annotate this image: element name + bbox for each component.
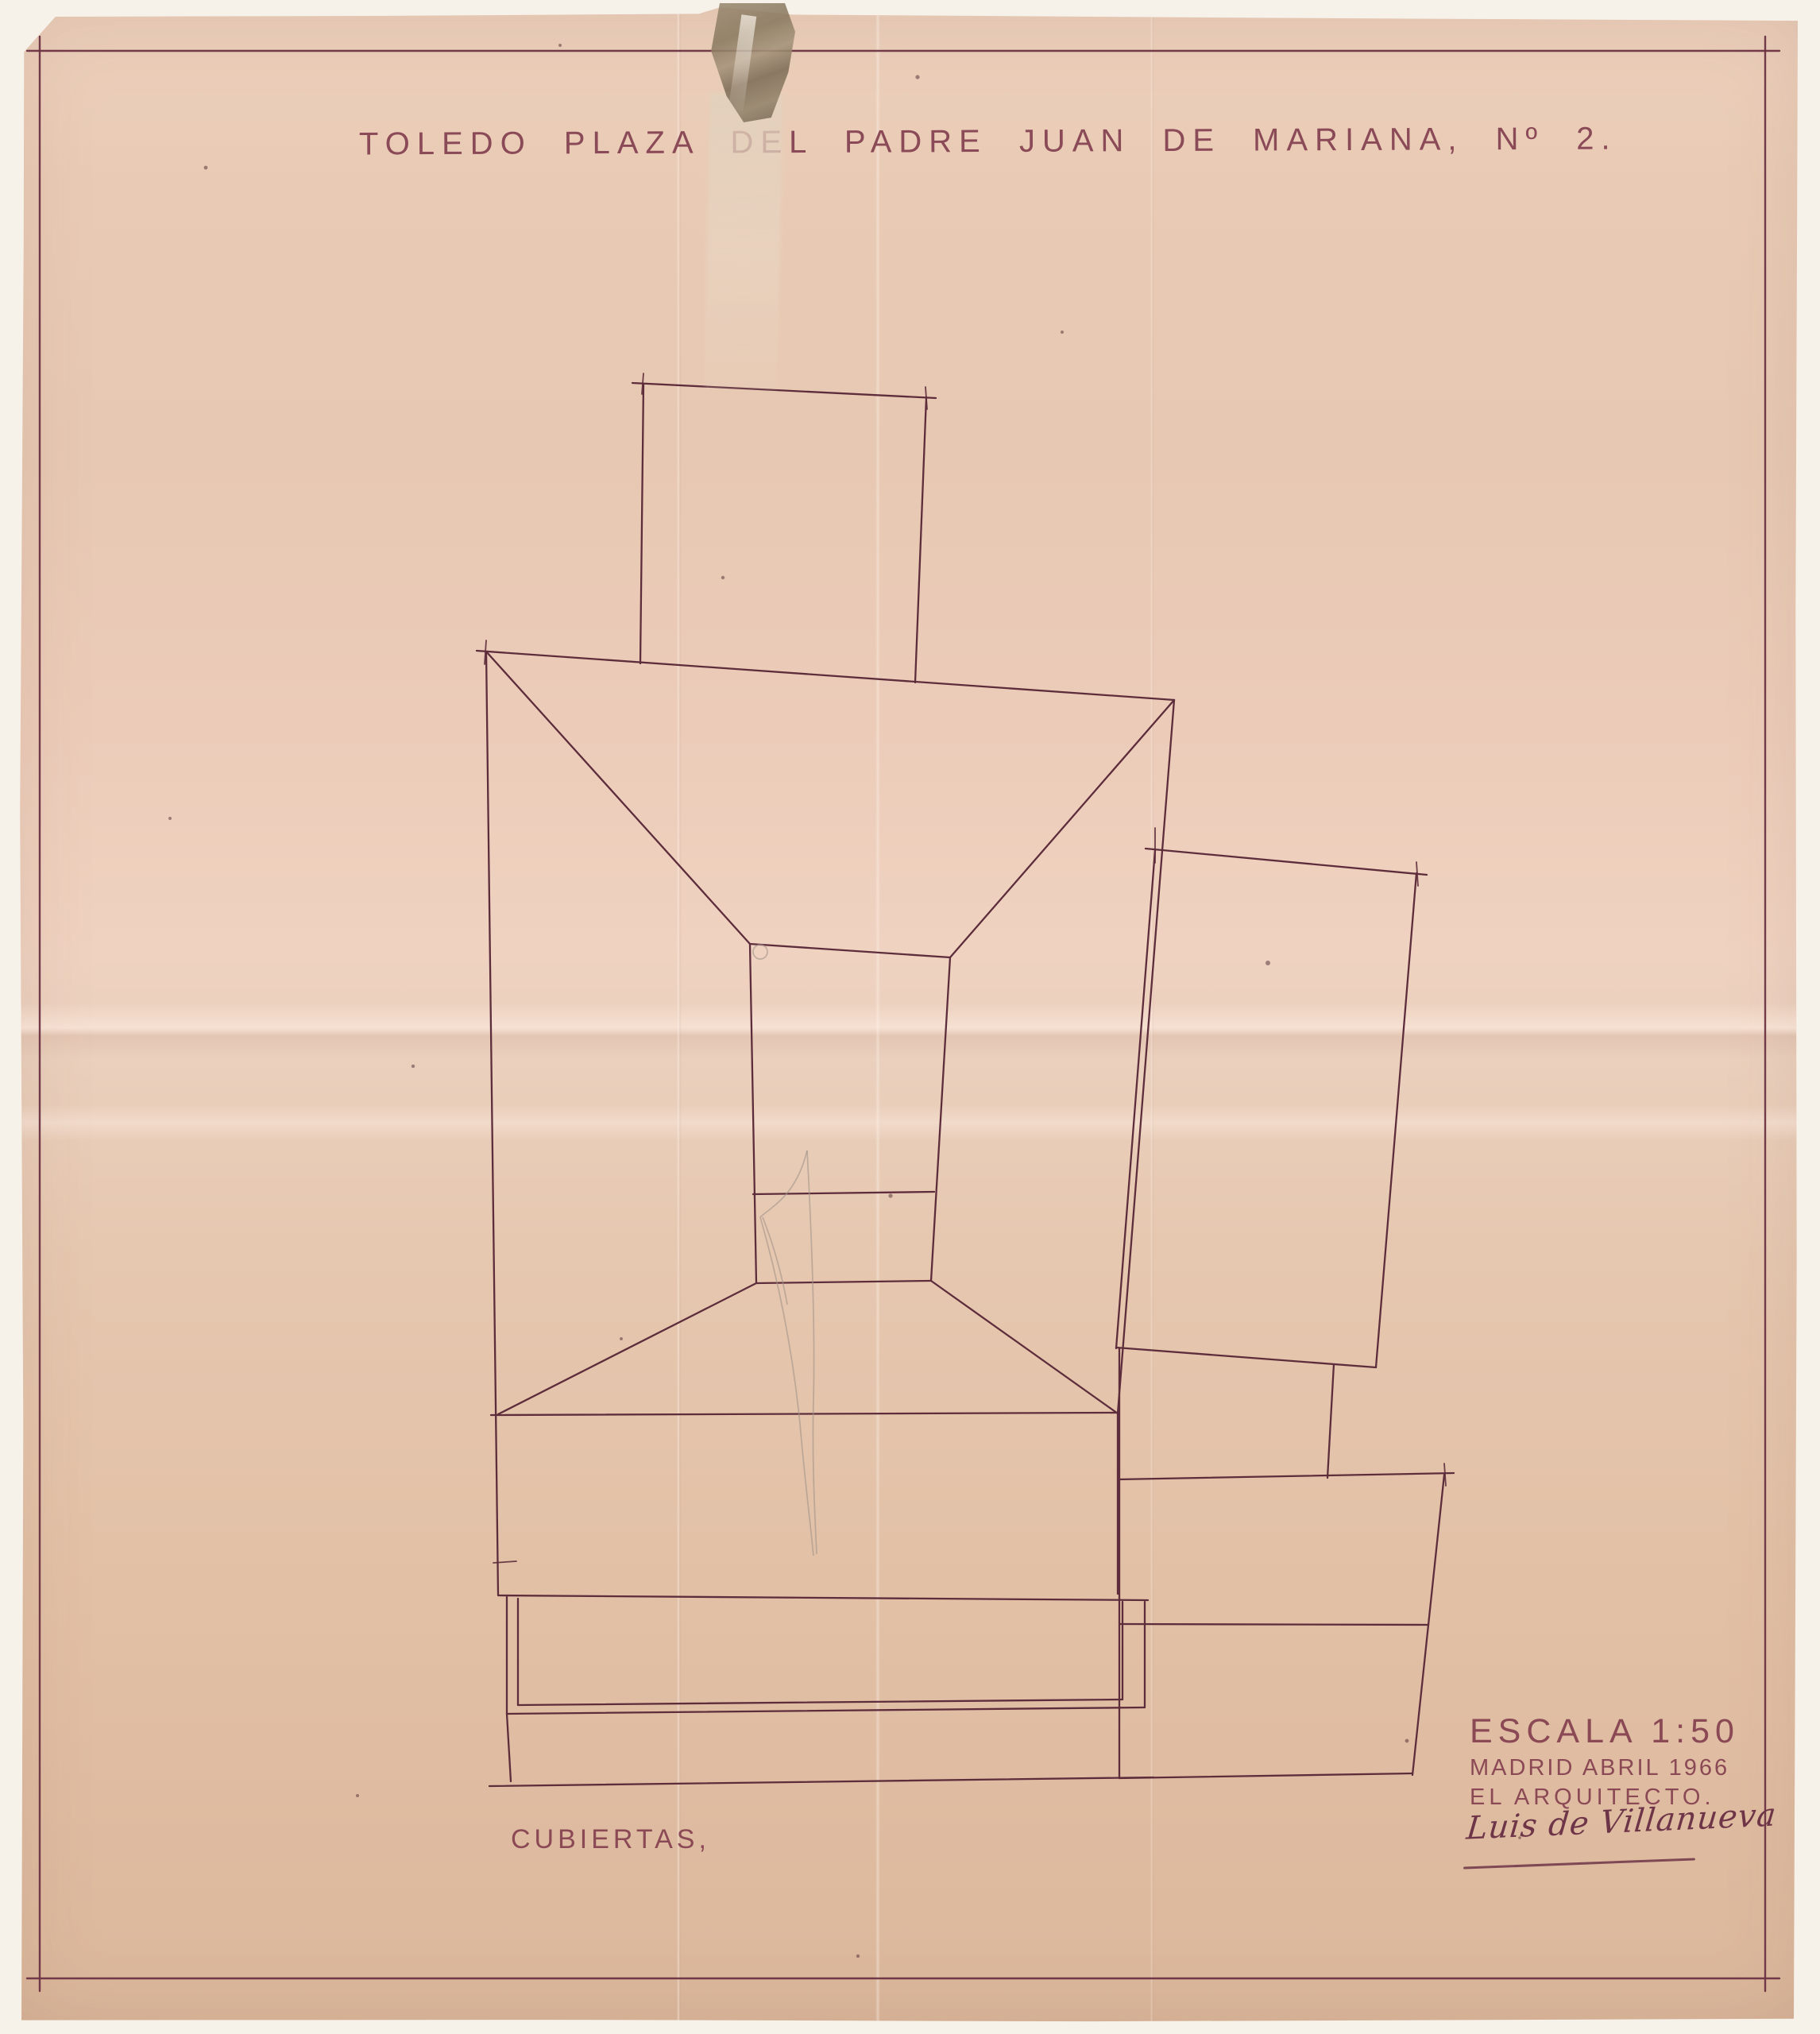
tape-residue-stain [704, 93, 783, 390]
pencil-correction-marks [753, 945, 817, 1556]
sheet-border [27, 37, 1779, 1991]
scale-label: ESCALA 1:50 [1470, 1715, 1740, 1749]
plan-label-cubiertas: CUBIERTAS, [511, 1824, 710, 1855]
main-roof-outline [477, 640, 1174, 1600]
scanned-sheet: TOLEDO PLAZA DEL PADRE JUAN DE MARIANA, … [0, 0, 1820, 2034]
title-block: ESCALA 1:50 MADRID ABRIL 1966 EL ARQUITE… [1470, 1715, 1740, 1809]
drawing-title: TOLEDO PLAZA DEL PADRE JUAN DE MARIANA, … [359, 122, 1617, 163]
parapet-double-box [489, 1597, 1153, 1786]
paper-specks [168, 44, 1521, 1958]
tape-shine [728, 14, 757, 111]
chimney-outline [632, 373, 936, 683]
adjacent-roof-quadrilateral [1116, 828, 1427, 1478]
lower-right-roof-blocks [1118, 1348, 1454, 1778]
place-date-label: MADRID ABRIL 1966 [1470, 1757, 1740, 1780]
